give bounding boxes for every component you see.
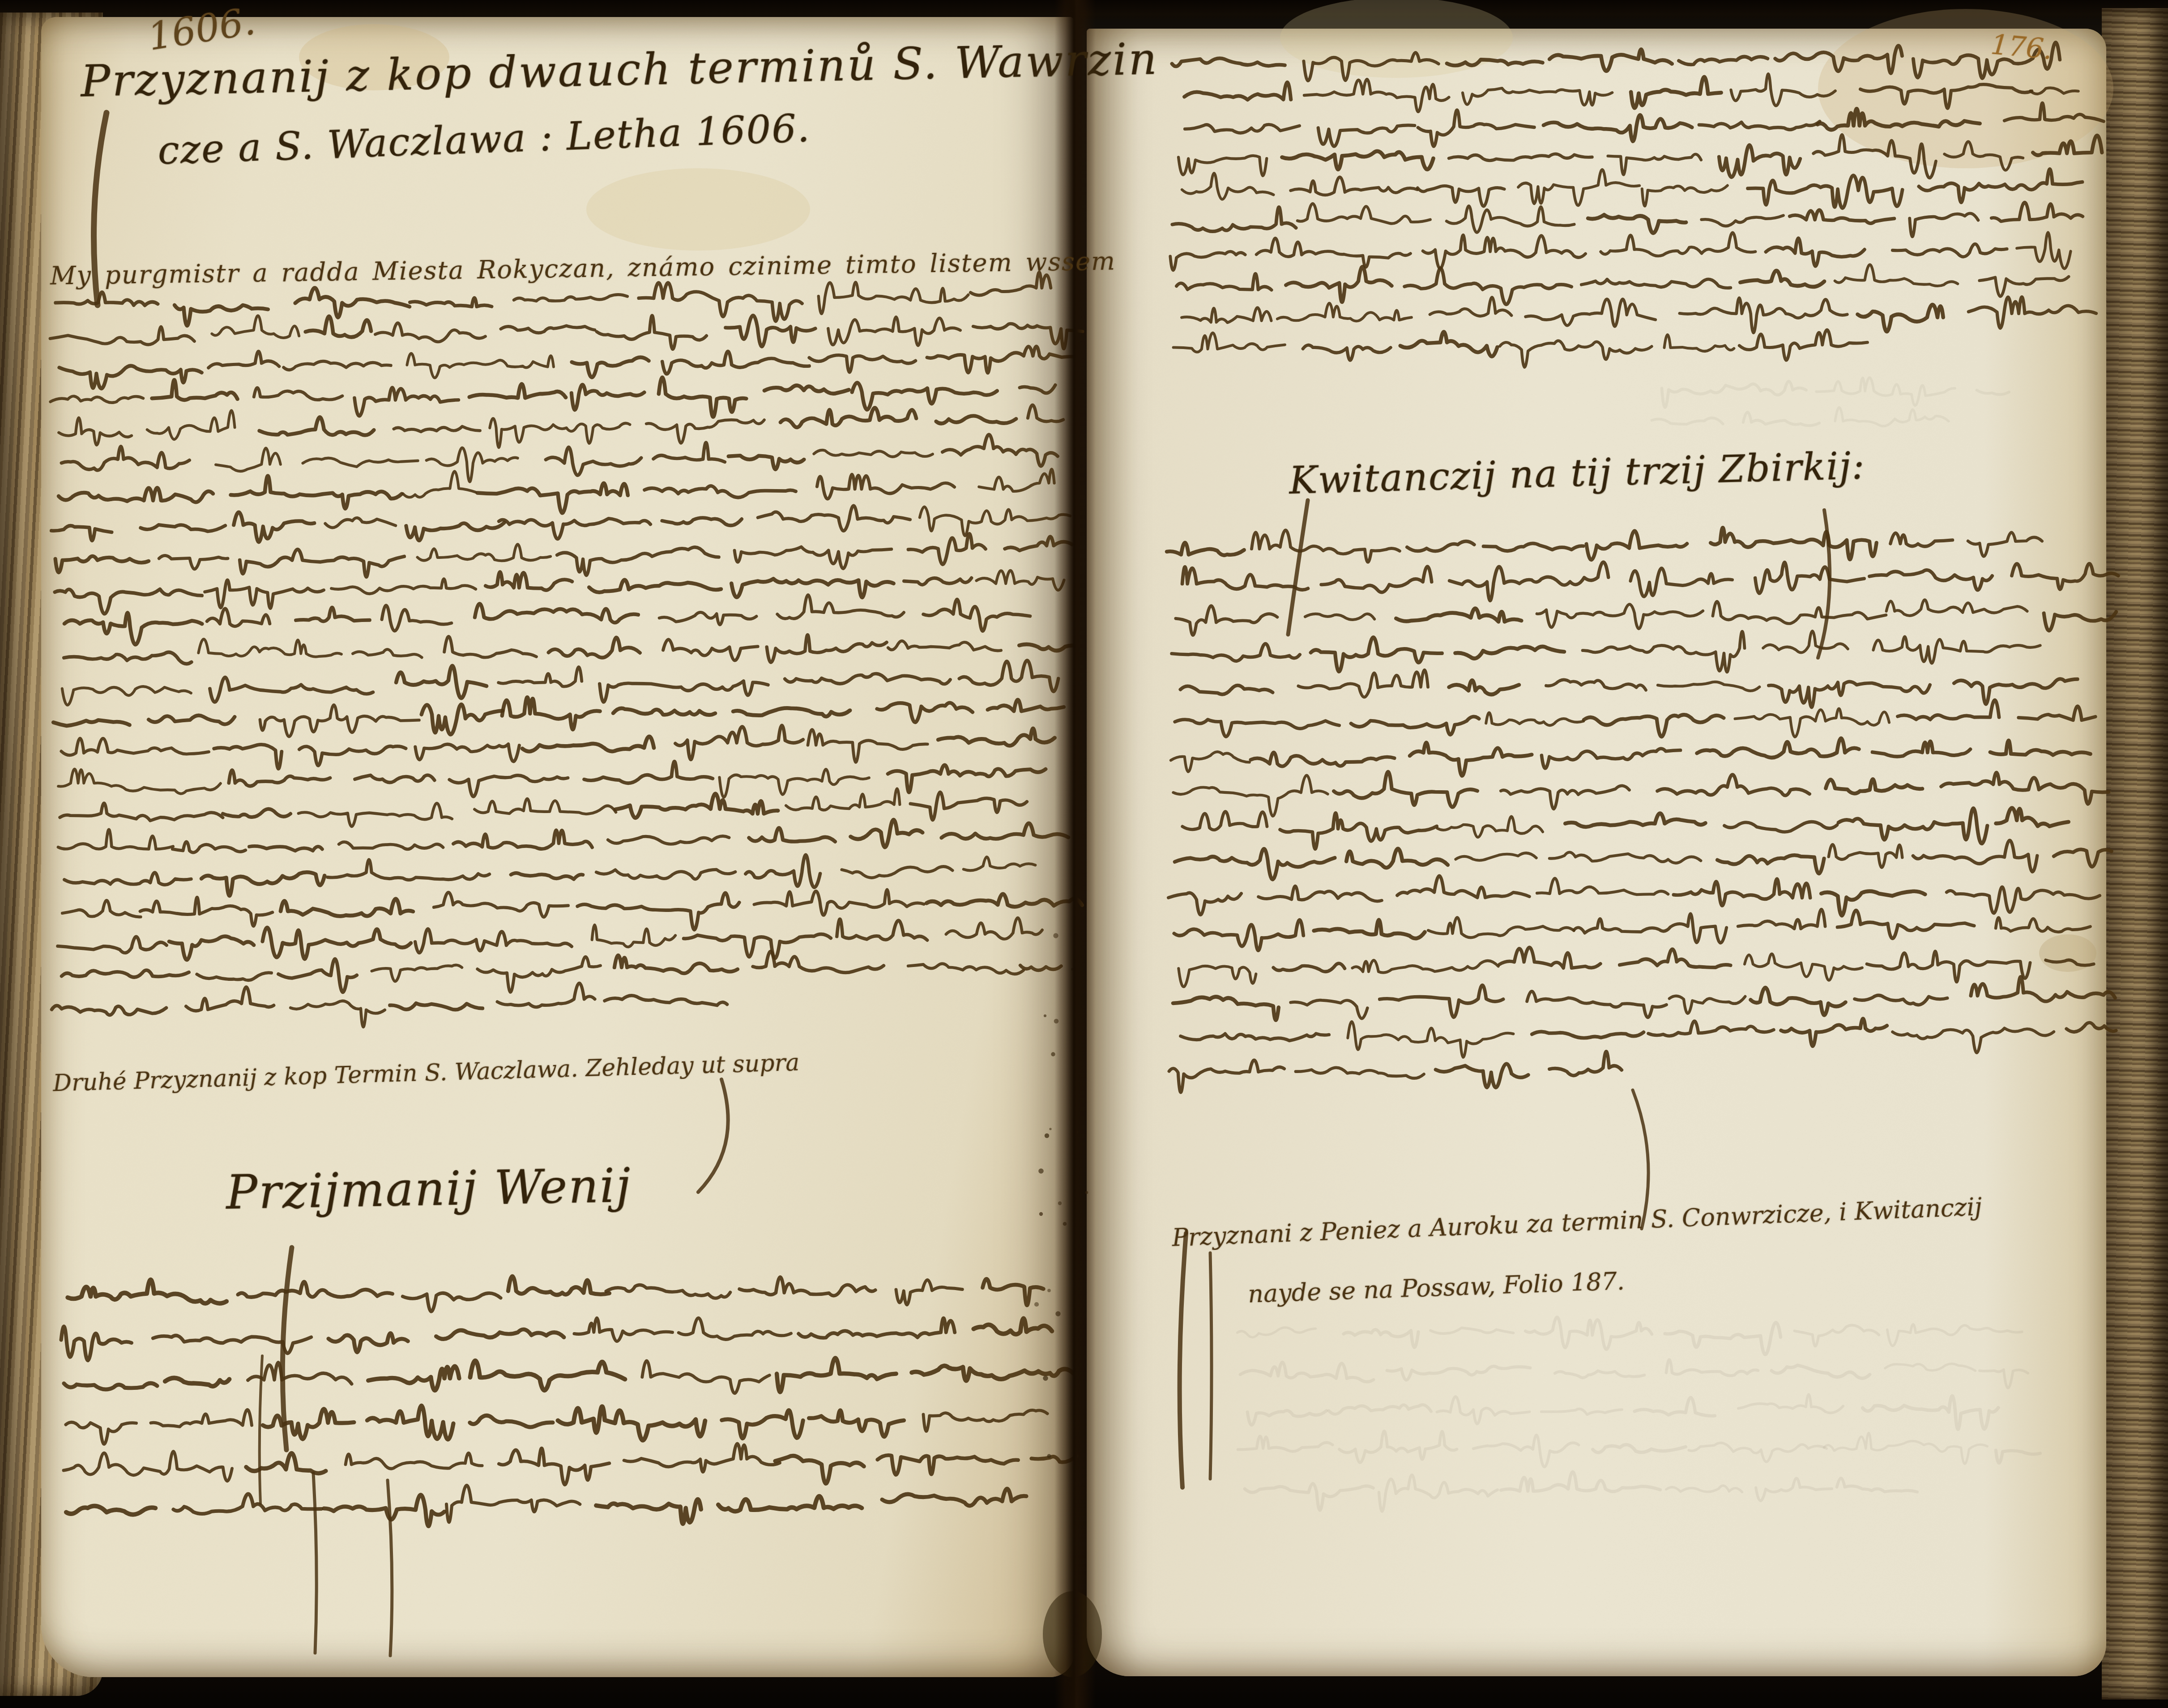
left-subheading: Przijmanij Wenij (226, 1158, 632, 1220)
folio-number: 176. (1989, 28, 2054, 66)
manuscript-spread: 1606. Przyznanij z kop dwauch terminů S.… (0, 0, 2168, 1708)
